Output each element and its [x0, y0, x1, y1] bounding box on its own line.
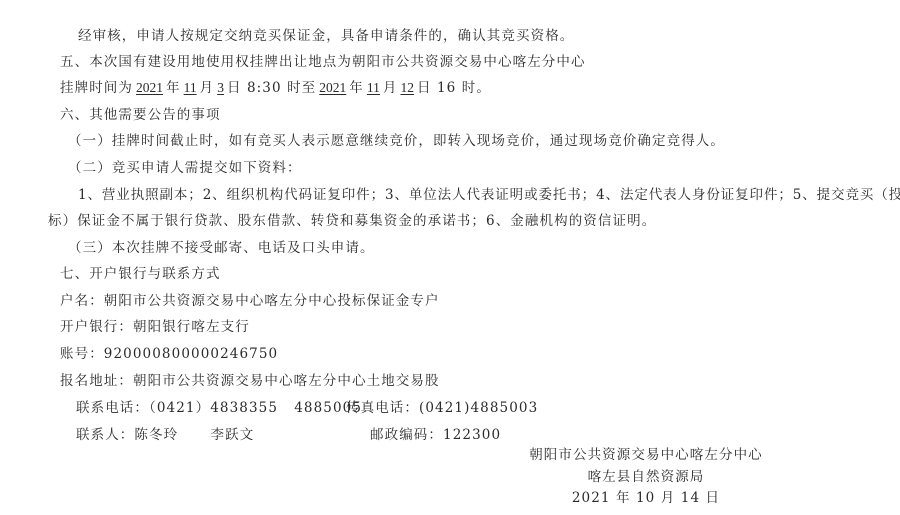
end-month: 11 [364, 80, 383, 95]
signature-org1: 朝阳市公共资源交易中心喀左分中心 [516, 446, 776, 464]
item2-materials-heading: （二）竞买申请人需提交如下资料： [68, 159, 302, 177]
bank-name: 开户银行：朝阳银行喀左支行 [60, 318, 250, 336]
review-line: 经审核，申请人按规定交纳竞买保证金，具备申请条件的，确认其竞买资格。 [78, 27, 574, 45]
contact-persons: 联系人：陈冬玲 李跃文 [76, 426, 254, 444]
account-name: 户名：朝阳市公共资源交易中心喀左分中心投标保证金专户 [60, 292, 440, 310]
end-time-label: 日 16 时。 [417, 80, 491, 96]
section5-location: 五、本次国有建设用地使用权挂牌出让地点为朝阳市公共资源交易中心喀左分中心 [60, 53, 586, 71]
year-label: 年 [166, 80, 181, 96]
month-label: 月 [200, 80, 215, 96]
account-number: 账号：920000800000246750 [60, 345, 278, 363]
start-year: 2021 [133, 80, 166, 95]
contact-phone: 联系电话：（0421）4838355 4885005 [76, 399, 362, 417]
day-time-label: 日 8:30 时至 [227, 80, 316, 96]
end-year: 2021 [316, 80, 349, 95]
section7-title: 七、开户银行与联系方式 [60, 265, 221, 283]
materials-line1: 1、营业执照副本；2、组织机构代码证复印件；3、单位法人代表证明或委托书；4、法… [78, 186, 900, 204]
section6-title: 六、其他需要公告的事项 [60, 106, 221, 124]
materials-line2: 标）保证金不属于银行贷款、股东借款、转贷和募集资金的承诺书；6、金融机构的资信证… [48, 212, 656, 230]
start-month: 11 [181, 80, 200, 95]
listing-time: 挂牌时间为2021年11月3日 8:30 时至2021年11月12日 16 时。 [60, 79, 491, 97]
fax-number: 传真电话：(0421)4885003 [346, 399, 538, 417]
end-day: 12 [398, 80, 418, 95]
registration-address: 报名地址：朝阳市公共资源交易中心喀左分中心土地交易股 [60, 372, 440, 390]
start-day: 3 [214, 80, 227, 95]
item3-no-mail: （三）本次挂牌不接受邮寄、电话及口头申请。 [68, 239, 375, 257]
signature-org2: 喀左县自然资源局 [516, 468, 776, 486]
signature-date: 2021 年 10 月 14 日 [516, 489, 776, 507]
month-label: 月 [383, 80, 398, 96]
postal-code: 邮政编码：122300 [370, 426, 501, 444]
item1-bidding: （一）挂牌时间截止时，如有竞买人表示愿意继续竞价，即转入现场竞价，通过现场竞价确… [68, 132, 725, 150]
listing-time-prefix: 挂牌时间为 [60, 80, 133, 96]
year-label: 年 [349, 80, 364, 96]
